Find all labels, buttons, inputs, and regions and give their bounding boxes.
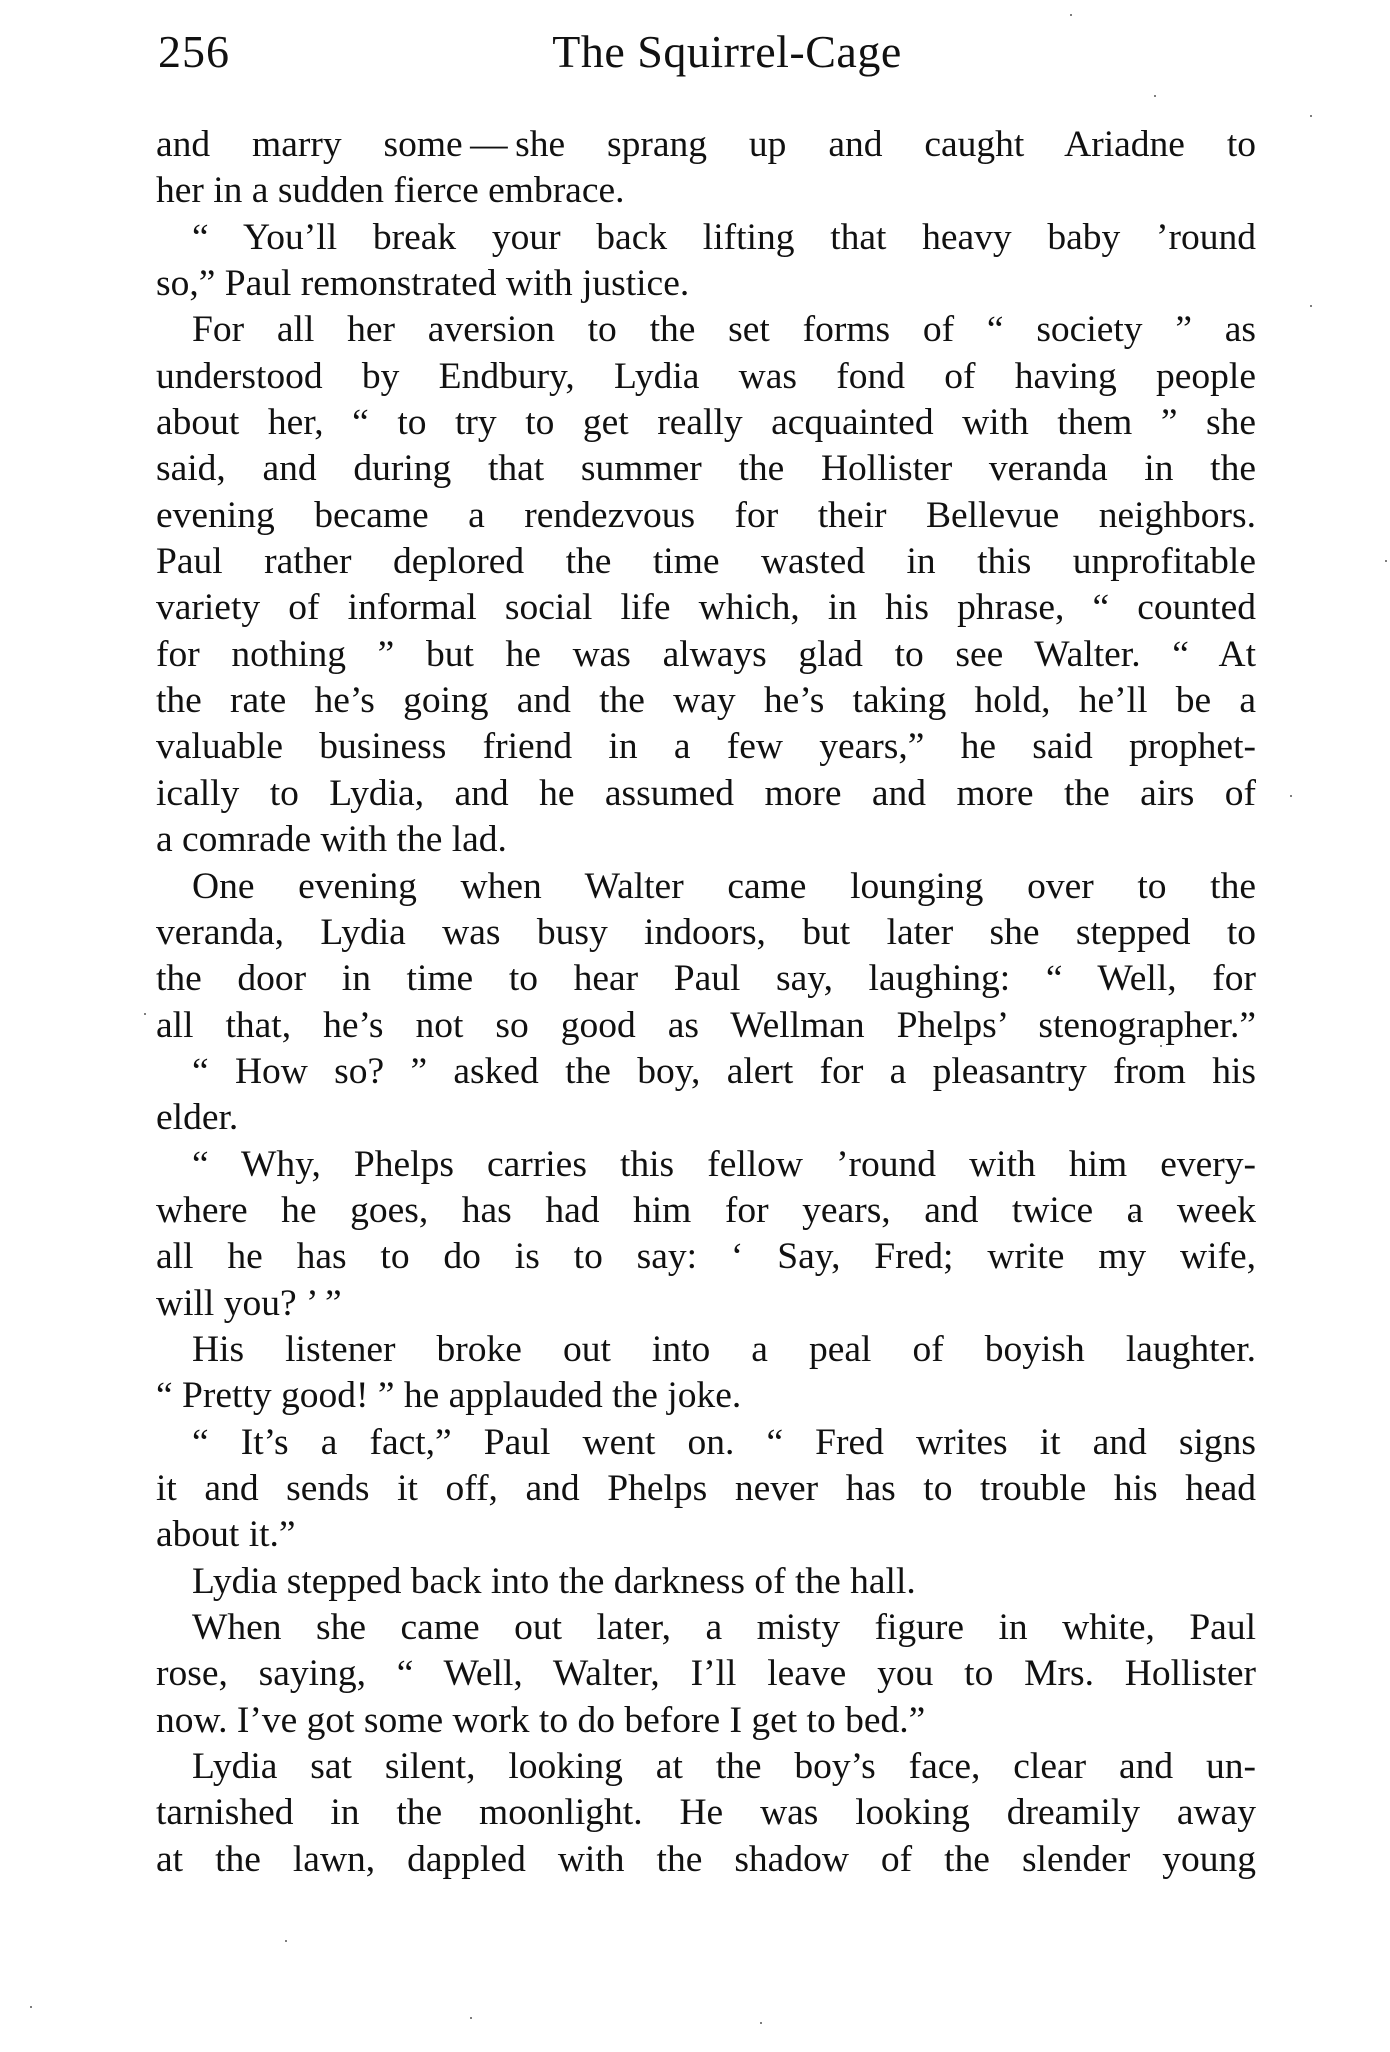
scan-speck: [1160, 1045, 1162, 1047]
text-line: the rate he’s going and the way he’s tak…: [156, 678, 1256, 724]
scan-speck: [1143, 740, 1145, 742]
text-line: “ You’ll break your back lifting that he…: [156, 215, 1256, 261]
text-line: “ How so? ” asked the boy, alert for a p…: [156, 1049, 1256, 1095]
running-title: The Squirrel-Cage: [158, 22, 1256, 82]
text-line: said, and during that summer the Hollist…: [156, 446, 1256, 492]
scan-speck: [144, 1013, 146, 1015]
scan-speck: [1310, 115, 1312, 117]
scan-speck: [1385, 560, 1387, 562]
text-line: For all her aversion to the set forms of…: [156, 307, 1256, 353]
text-line: will you? ’ ”: [156, 1281, 1256, 1327]
text-line: about her, “ to try to get really acquai…: [156, 400, 1256, 446]
text-line: a comrade with the lad.: [156, 817, 1256, 863]
body-text: and marry some — she sprang up and caugh…: [156, 122, 1256, 1883]
text-line: her in a sudden fierce embrace.: [156, 168, 1256, 214]
text-line: all that, he’s not so good as Wellman Ph…: [156, 1003, 1256, 1049]
text-line: variety of informal social life which, i…: [156, 585, 1256, 631]
text-line: “ It’s a fact,” Paul went on. “ Fred wri…: [156, 1420, 1256, 1466]
text-line: One evening when Walter came lounging ov…: [156, 864, 1256, 910]
text-line: it and sends it off, and Phelps never ha…: [156, 1466, 1256, 1512]
text-line: Paul rather deplored the time wasted in …: [156, 539, 1256, 585]
text-line: for nothing ” but he was always glad to …: [156, 632, 1256, 678]
text-line: about it.”: [156, 1512, 1256, 1558]
scan-speck: [1133, 1216, 1135, 1218]
book-page: 256 The Squirrel-Cage and marry some — s…: [0, 0, 1390, 2052]
text-line: at the lawn, dappled with the shadow of …: [156, 1837, 1256, 1883]
text-line: all he has to do is to say: ‘ Say, Fred;…: [156, 1234, 1256, 1280]
text-line: tarnished in the moonlight. He was looki…: [156, 1790, 1256, 1836]
text-line: understood by Endbury, Lydia was fond of…: [156, 354, 1256, 400]
text-line: Lydia stepped back into the darkness of …: [156, 1559, 1256, 1605]
text-line: now. I’ve got some work to do before I g…: [156, 1698, 1256, 1744]
text-line: “ Pretty good! ” he applauded the joke.: [156, 1373, 1256, 1419]
scan-speck: [1290, 795, 1292, 797]
text-line: ically to Lydia, and he assumed more and…: [156, 771, 1256, 817]
text-line: elder.: [156, 1095, 1256, 1141]
text-line: the door in time to hear Paul say, laugh…: [156, 956, 1256, 1002]
scan-speck: [1070, 14, 1072, 16]
scan-speck: [1154, 95, 1156, 97]
running-head: 256 The Squirrel-Cage: [158, 22, 1256, 82]
text-line: where he goes, has had him for years, an…: [156, 1188, 1256, 1234]
scan-speck: [1310, 305, 1312, 307]
text-line: Lydia sat silent, looking at the boy’s f…: [156, 1744, 1256, 1790]
scan-speck: [30, 2006, 32, 2008]
scan-speck: [760, 2022, 762, 2024]
text-line: When she came out later, a misty figure …: [156, 1605, 1256, 1651]
text-line: rose, saying, “ Well, Walter, I’ll leave…: [156, 1651, 1256, 1697]
scan-speck: [285, 1940, 287, 1942]
scan-speck: [470, 2017, 472, 2019]
text-line: veranda, Lydia was busy indoors, but lat…: [156, 910, 1256, 956]
text-line: “ Why, Phelps carries this fellow ’round…: [156, 1142, 1256, 1188]
text-line: so,” Paul remonstrated with justice.: [156, 261, 1256, 307]
text-line: and marry some — she sprang up and caugh…: [156, 122, 1256, 168]
text-line: His listener broke out into a peal of bo…: [156, 1327, 1256, 1373]
text-line: evening became a rendezvous for their Be…: [156, 493, 1256, 539]
text-line: valuable business friend in a few years,…: [156, 724, 1256, 770]
